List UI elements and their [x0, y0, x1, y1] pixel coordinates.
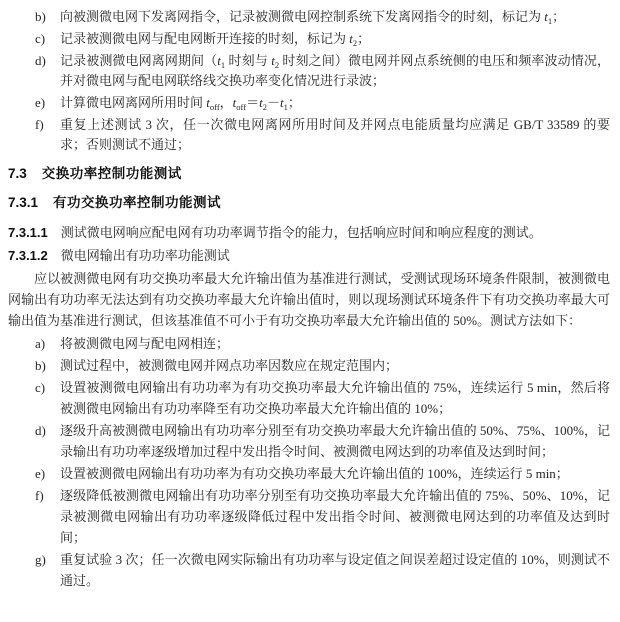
text-segment: 设置被测微电网输出有功功率为有功交换功率最大允许输出值的 75%，连续运行 5 …	[60, 380, 610, 416]
list-item-text: 逐级升高被测微电网输出有功功率分别至有功交换功率最大允许输出值的 50%、75%…	[60, 423, 610, 459]
clause-number: 7.3.1.1	[8, 225, 48, 240]
list-item-marker: e)	[35, 93, 45, 113]
list-item-text: 记录被测微电网与配电网断开连接的时刻，标记为 t2；	[60, 31, 370, 46]
document-body: b)向被测微电网下发离网指令，记录被测微电网控制系统下发离网指令的时刻，标记为 …	[8, 7, 610, 591]
text-segment: ，	[220, 95, 233, 110]
text-segment: ；	[357, 31, 370, 46]
list-item-text: 设置被测微电网输出有功功率为有功交换功率最大允许输出值的 75%，连续运行 5 …	[60, 380, 610, 416]
list-item-text: 逐级降低被测微电网输出有功功率分别至有功交换功率最大允许输出值的 75%、50%…	[60, 488, 610, 545]
text-segment: 重复上述测试 3 次，任一次微电网离网所用时间及并网点电能质量均应满足 GB/T…	[60, 117, 610, 152]
text-segment: 记录被测微电网与配电网断开连接的时刻，标记为	[60, 31, 349, 46]
text-segment: ＝	[246, 95, 259, 110]
list-item: e)计算微电网离网所用时间 toff，toff＝t2－t1；	[8, 93, 610, 113]
list-item-text: 计算微电网离网所用时间 toff，toff＝t2－t1；	[60, 95, 301, 110]
list-item-marker: c)	[35, 377, 45, 398]
text-segment: 重复试验 3 次；任一次微电网实际输出有功功率与设定值之间误差超过设定值的 10…	[60, 552, 610, 588]
section-number: 7.3	[8, 166, 27, 181]
list-item-text: 向被测微电网下发离网指令，记录被测微电网控制系统下发离网指令的时刻，标记为 t1…	[60, 9, 565, 24]
text-segment: 向被测微电网下发离网指令，记录被测微电网控制系统下发离网指令的时刻，标记为	[60, 9, 544, 24]
subscript-text: off	[210, 102, 220, 112]
list-item-marker: a)	[35, 333, 45, 354]
section-heading: 7.3交换功率控制功能测试	[8, 164, 610, 184]
subscript-text: off	[236, 102, 246, 112]
list-item-text: 重复上述测试 3 次，任一次微电网离网所用时间及并网点电能质量均应满足 GB/T…	[60, 117, 610, 152]
list-item: c)记录被测微电网与配电网断开连接的时刻，标记为 t2；	[8, 29, 610, 49]
list-item-marker: f)	[35, 485, 44, 506]
list-item-marker: d)	[35, 420, 46, 441]
list-item: d)记录被测微电网离网期间（t1 时刻与 t2 时刻之间）微电网并网点系统侧的电…	[8, 51, 610, 91]
text-segment: 测试微电网响应配电网有功功率调节指令的能力，包括响应时间和响应程度的测试。	[61, 225, 542, 240]
paragraph: 应以被测微电网有功交换功率最大允许输出值为基准进行测试，受测试现场环境条件限制，…	[8, 268, 610, 331]
list-item-text: 记录被测微电网离网期间（t1 时刻与 t2 时刻之间）微电网并网点系统侧的电压和…	[60, 53, 610, 88]
text-segment: 计算微电网离网所用时间	[60, 95, 206, 110]
clause-number: 7.3.1.2	[8, 248, 48, 263]
text-segment: 时刻与	[225, 53, 271, 68]
clause: 7.3.1.2微电网输出有功功率功能测试	[8, 245, 610, 266]
list-item-marker: g)	[35, 549, 46, 570]
list-item: a)将被测微电网与配电网相连；	[8, 333, 610, 354]
list-item-marker: c)	[35, 29, 45, 49]
text-segment: 记录被测微电网离网期间（	[60, 53, 217, 68]
text-segment: 逐级升高被测微电网输出有功功率分别至有功交换功率最大允许输出值的 50%、75%…	[60, 423, 610, 459]
text-segment: 微电网输出有功功率功能测试	[61, 248, 230, 263]
section-title: 有功交换功率控制功能测试	[53, 195, 221, 210]
text-segment: ；	[552, 9, 565, 24]
list-item: d)逐级升高被测微电网输出有功功率分别至有功交换功率最大允许输出值的 50%、7…	[8, 420, 610, 462]
section-number: 7.3.1	[8, 195, 38, 210]
text-segment: 将被测微电网与配电网相连；	[60, 336, 229, 351]
list-item: g)重复试验 3 次；任一次微电网实际输出有功功率与设定值之间误差超过设定值的 …	[8, 549, 610, 591]
list-item: b)测试过程中，被测微电网并网点功率因数应在规定范围内；	[8, 355, 610, 376]
list-item-marker: e)	[35, 463, 45, 484]
list-item-text: 将被测微电网与配电网相连；	[60, 336, 229, 351]
text-segment: ；	[288, 95, 301, 110]
list-item-text: 测试过程中，被测微电网并网点功率因数应在规定范围内；	[60, 358, 398, 373]
list-item-text: 重复试验 3 次；任一次微电网实际输出有功功率与设定值之间误差超过设定值的 10…	[60, 552, 610, 588]
text-segment: 测试过程中，被测微电网并网点功率因数应在规定范围内；	[60, 358, 398, 373]
section-title: 交换功率控制功能测试	[42, 166, 182, 181]
list-item-marker: f)	[35, 115, 44, 135]
text-segment: －	[267, 95, 280, 110]
list-item-marker: d)	[35, 51, 46, 71]
list-item-marker: b)	[35, 7, 46, 27]
section-heading: 7.3.1有功交换功率控制功能测试	[8, 193, 610, 213]
document-page: b)向被测微电网下发离网指令，记录被测微电网控制系统下发离网指令的时刻，标记为 …	[0, 0, 620, 622]
list-item-marker: b)	[35, 355, 46, 376]
text-segment: 设置被测微电网输出有功功率为有功交换功率最大允许输出值的 100%，连续运行 5…	[60, 466, 569, 481]
text-segment: 逐级降低被测微电网输出有功功率分别至有功交换功率最大允许输出值的 75%、50%…	[60, 488, 610, 545]
text-segment: 应以被测微电网有功交换功率最大允许输出值为基准进行测试，受测试现场环境条件限制，…	[8, 271, 610, 328]
list-item: b)向被测微电网下发离网指令，记录被测微电网控制系统下发离网指令的时刻，标记为 …	[8, 7, 610, 27]
list-item: e)设置被测微电网输出有功功率为有功交换功率最大允许输出值的 100%，连续运行…	[8, 463, 610, 484]
list-item-text: 设置被测微电网输出有功功率为有功交换功率最大允许输出值的 100%，连续运行 5…	[60, 466, 569, 481]
clause: 7.3.1.1测试微电网响应配电网有功功率调节指令的能力，包括响应时间和响应程度…	[8, 222, 610, 243]
list-item: f)逐级降低被测微电网输出有功功率分别至有功交换功率最大允许输出值的 75%、5…	[8, 485, 610, 548]
list-item: f)重复上述测试 3 次，任一次微电网离网所用时间及并网点电能质量均应满足 GB…	[8, 115, 610, 155]
list-item: c)设置被测微电网输出有功功率为有功交换功率最大允许输出值的 75%，连续运行 …	[8, 377, 610, 419]
